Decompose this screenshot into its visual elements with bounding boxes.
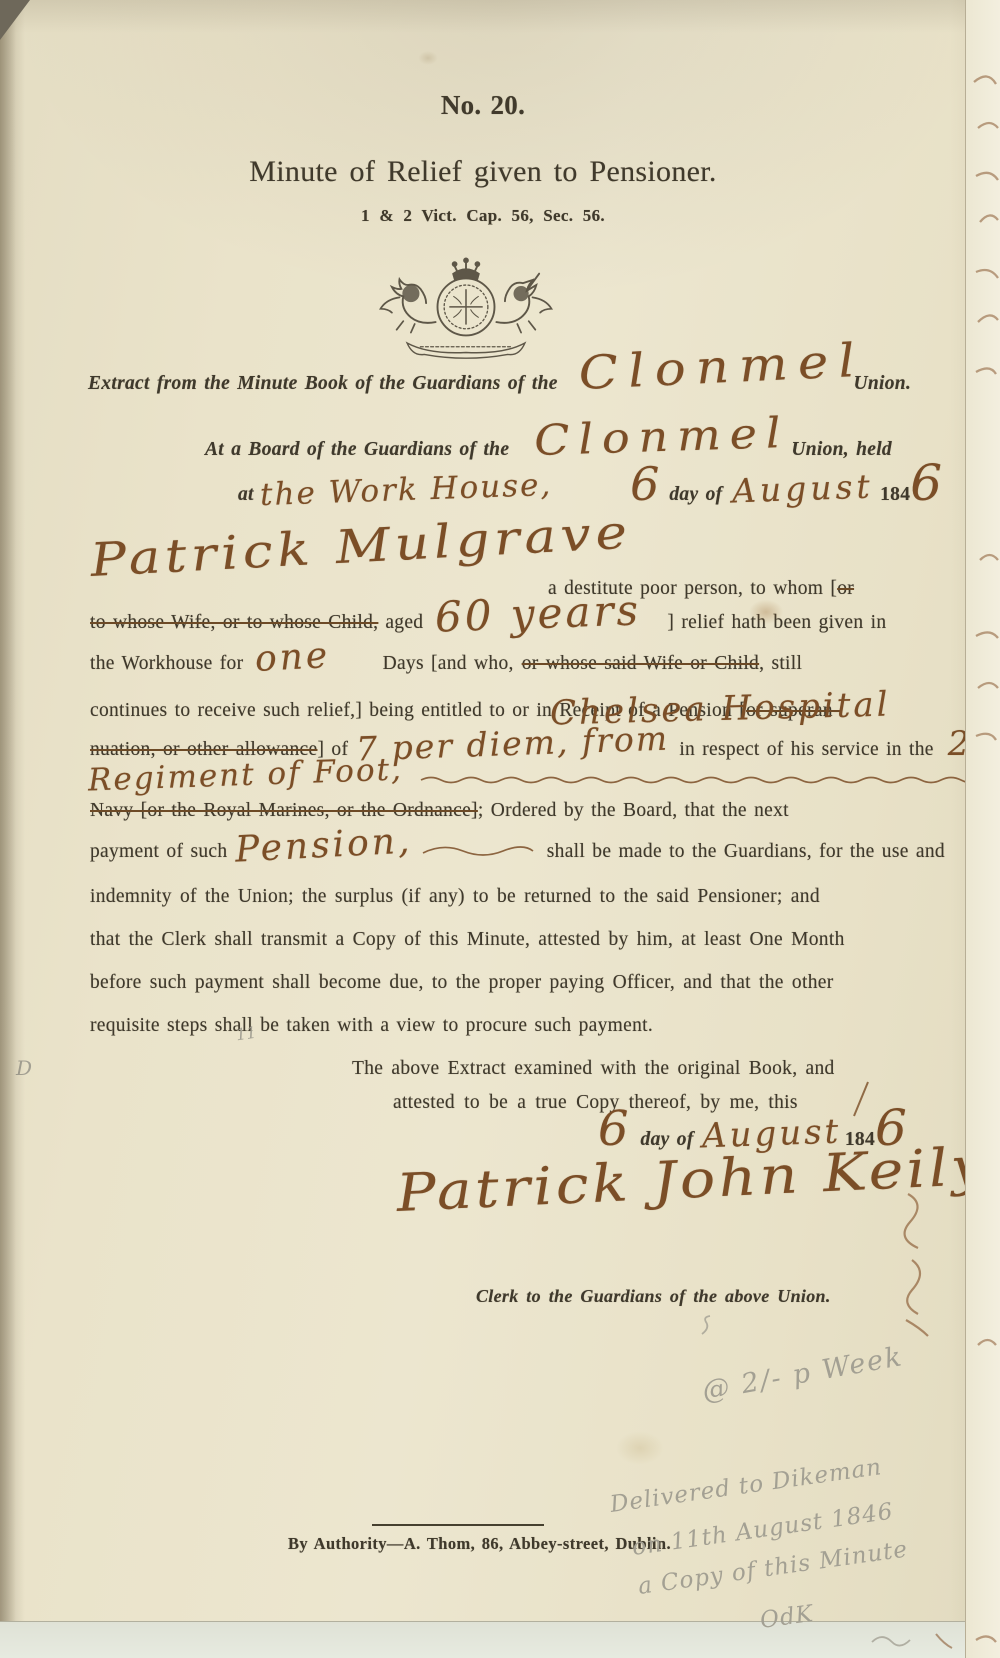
year-printed: 184 — [880, 484, 910, 506]
struck-navy-marines: Navy [or the Royal Marines, or the Ordna… — [90, 800, 478, 822]
union-name-entry: Clonmel — [534, 412, 791, 462]
extract-printed-before: Extract from the Minute Book of the Guar… — [88, 373, 558, 395]
page-title: Minute of Relief given to Pensioner. — [0, 155, 966, 189]
pen-dash-stroke — [419, 843, 537, 857]
attest-day-of-label: day of — [641, 1129, 694, 1151]
place-entry: the Work House, — [259, 470, 552, 511]
royal-coat-of-arms-icon — [352, 248, 580, 362]
signature-flourish — [882, 1190, 934, 1340]
regiment-name-entry: Regiment of Foot, — [88, 755, 404, 797]
clerk-title-line: Clerk to the Guardians of the above Unio… — [476, 1286, 831, 1307]
month-entry: August — [732, 470, 875, 508]
torn-corner — [0, 0, 30, 40]
pension-rate-entry: 7 per diem, from — [356, 722, 670, 766]
pencil-margin-letter: D — [16, 1058, 32, 1078]
pencil-rate-note: @ 2/- p Week — [700, 1343, 905, 1405]
imprint-line: By Authority—A. Thom, 86, Abbey-street, … — [288, 1534, 671, 1554]
body-line2-after: ] relief hath been given in — [667, 612, 886, 634]
scanned-document-page: No. 20. Minute of Relief given to Pensio… — [0, 0, 1000, 1658]
body-line10: that the Clerk shall transmit a Copy of … — [90, 929, 845, 951]
doc-number: No. 20. — [0, 90, 966, 121]
day-entry: 6 — [630, 461, 659, 507]
pen-dash-stroke — [419, 773, 979, 785]
aged-label: aged — [385, 612, 423, 634]
adjacent-page-edge — [965, 0, 1000, 1658]
body-line8-after: shall be made to the Guardians, for the … — [547, 841, 945, 863]
days-entry: one — [255, 638, 332, 678]
body-line7-print: ; Ordered by the Board, that the next — [478, 800, 789, 822]
body-line3-before: the Workhouse for — [90, 653, 243, 675]
statute-line: 1 & 2 Vict. Cap. 56, Sec. 56. — [0, 206, 966, 226]
body-line8-before: payment of such — [90, 841, 227, 863]
attest-day-entry: 6 — [598, 1105, 629, 1153]
payment-type-entry: Pension, — [235, 823, 414, 868]
union-name-entry: Clonmel — [577, 337, 866, 396]
body-line11: before such payment shall become due, to… — [90, 972, 834, 994]
binding-edge — [0, 0, 16, 1658]
underlying-page-edge — [0, 1621, 1000, 1658]
attestation-line1: The above Extract examined with the orig… — [352, 1058, 835, 1080]
age-entry: 60 years — [435, 589, 642, 638]
body-line9: indemnity of the Union; the surplus (if … — [90, 886, 820, 908]
pencil-tick — [698, 1314, 714, 1336]
pensioner-name-entry: Patrick Mulgrave — [89, 509, 633, 583]
day-of-label: day of — [669, 484, 722, 506]
at-label: at — [238, 484, 254, 506]
body-line5-print: in respect of his service in the — [679, 739, 933, 761]
pencil-margin-numeral: 11 — [235, 1025, 257, 1044]
year-digit-entry: 6 — [910, 458, 942, 508]
body-line12: requisite steps shall be taken with a vi… — [90, 1015, 653, 1037]
struck-wife-child-2: or whose said Wife or Child — [522, 653, 759, 675]
body-line3-after: , still — [759, 653, 802, 675]
body-line3-mid: Days [and who, — [383, 653, 514, 675]
imprint-rule — [372, 1524, 544, 1526]
struck-wife-child: to whose Wife, or to whose Child, — [90, 612, 378, 634]
